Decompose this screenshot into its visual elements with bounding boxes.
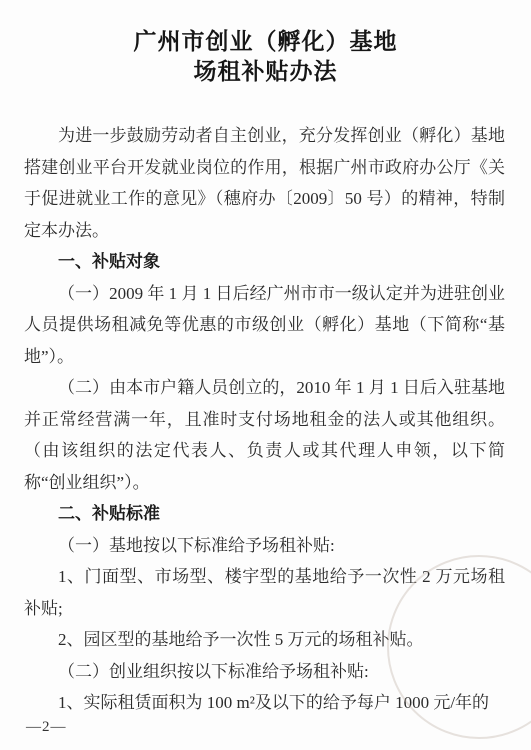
body-paragraph: （一）2009 年 1 月 1 日后经广州市市一级认定并为进驻创业人员提供场租减… bbox=[24, 278, 505, 373]
document-body: 为进一步鼓励劳动者自主创业，充分发挥创业（孵化）基地搭建创业平台开发就业岗位的作… bbox=[0, 120, 531, 719]
document-page: 广州市创业（孵化）基地 场租补贴办法 为进一步鼓励劳动者自主创业，充分发挥创业（… bbox=[0, 0, 531, 750]
page-number: —2— bbox=[26, 719, 67, 736]
section-heading: 一、补贴对象 bbox=[24, 246, 505, 278]
section-heading: 二、补贴标准 bbox=[24, 498, 505, 530]
body-paragraph: （一）基地按以下标准给予场租补贴: bbox=[24, 530, 505, 562]
body-paragraph: 2、园区型的基地给予一次性 5 万元的场租补贴。 bbox=[24, 624, 505, 656]
document-title: 广州市创业（孵化）基地 场租补贴办法 bbox=[0, 0, 531, 87]
body-paragraph: 1、门面型、市场型、楼宇型的基地给予一次性 2 万元场租补贴; bbox=[24, 561, 505, 624]
body-paragraph: 为进一步鼓励劳动者自主创业，充分发挥创业（孵化）基地搭建创业平台开发就业岗位的作… bbox=[24, 120, 505, 246]
document-title-line2: 场租补贴办法 bbox=[0, 57, 531, 87]
body-paragraph: （二）创业组织按以下标准给予场租补贴: bbox=[24, 656, 505, 688]
body-paragraph: 1、实际租赁面积为 100 m²及以下的给予每户 1000 元/年的 bbox=[24, 687, 505, 719]
body-paragraph: （二）由本市户籍人员创立的，2010 年 1 月 1 日后入驻基地并正常经营满一… bbox=[24, 372, 505, 498]
document-title-line1: 广州市创业（孵化）基地 bbox=[0, 27, 531, 57]
